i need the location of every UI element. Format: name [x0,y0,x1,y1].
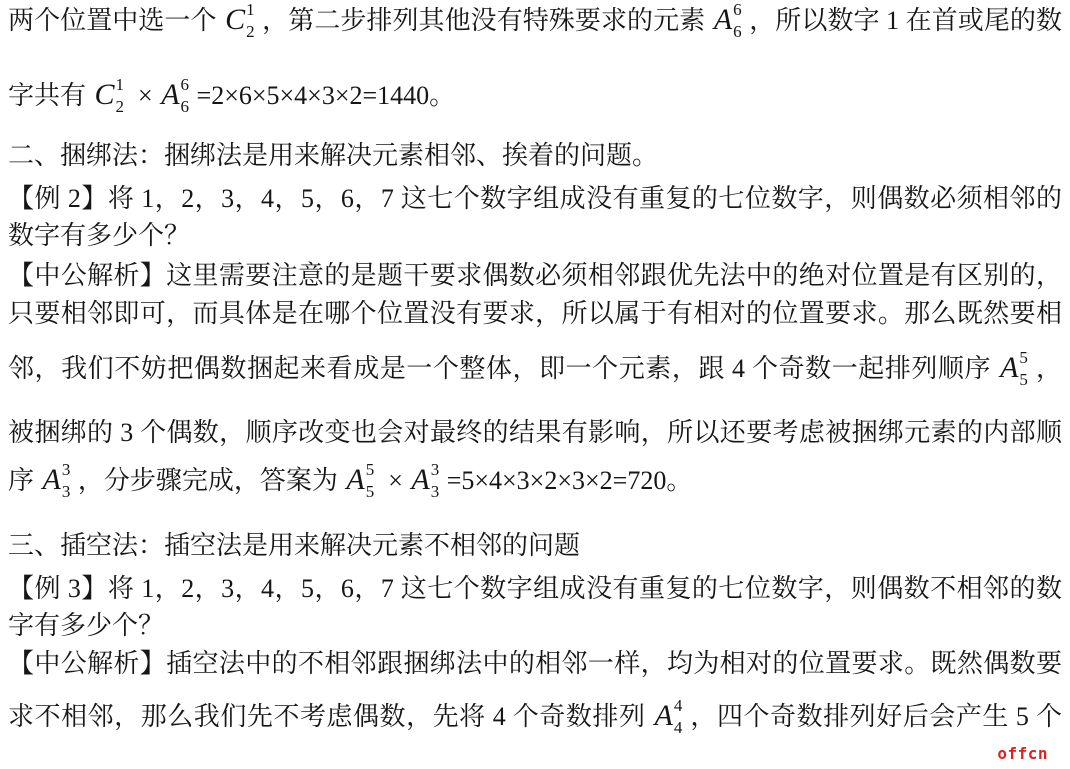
formula-scripts: 55 [365,469,379,495]
formula-letter: A [998,351,1018,384]
formula-letter: C [93,78,115,111]
text-run: ，所以数字 1 在首或尾的数 [749,6,1062,35]
text-line-8: 邻，我们不妨把偶数捆起来看成是一个整体，即一个元素，跟 4 个奇数一起排列顺序 … [8,350,1062,388]
formula-subscript: 3 [62,483,71,500]
math-notation-A3-3: A33 [41,466,78,495]
formula-letter: A [712,3,732,36]
formula-scripts: 33 [61,469,75,495]
text-run: × [382,466,410,495]
text-line-6: 【中公解析】这里需要注意的是题干要求偶数必须相邻跟优先法中的绝对位置是有区别的， [8,257,1062,295]
math-notation-A6-6: A66 [159,81,196,110]
text-run: 字有多少个？ [8,611,164,640]
text-run: 只要相邻即可，而具体是在哪个位置没有要求，所以属于有相对的位置要求。那么既然要相 [8,299,1062,328]
formula-subscript: 4 [674,719,683,736]
formula-superscript: 4 [674,697,683,714]
text-run: ，四个奇数排列好后会产生 5 个 [690,702,1062,731]
formula-superscript: 5 [1019,349,1028,366]
formula-scripts: 66 [180,84,194,110]
formula-superscript: 6 [733,1,742,18]
formula-superscript: 5 [366,461,375,478]
text-run: 三、插空法：插空法是用来解决元素不相邻的问题 [8,531,580,560]
text-line-3: 二、捆绑法：捆绑法是用来解决元素相邻、挨着的问题。 [8,137,1062,175]
formula-letter: A [41,463,61,496]
formula-subscript: 2 [246,23,255,40]
document-page: 两个位置中选一个 C12，第二步排列其他没有特殊要求的元素 A66，所以数字 1… [0,0,1070,769]
text-run: 求不相邻，那么我们先不考虑偶数，先将 4 个奇数排列 [8,702,653,731]
formula-superscript: 3 [62,461,71,478]
text-run: 字共有 [8,81,93,110]
text-run: 邻，我们不妨把偶数捆起来看成是一个整体，即一个元素，跟 4 个奇数一起排列顺序 [8,354,998,383]
text-line-11: 三、插空法：插空法是用来解决元素不相邻的问题 [8,527,1062,565]
text-line-1: 两个位置中选一个 C12，第二步排列其他没有特殊要求的元素 A66，所以数字 1… [8,2,1062,40]
text-line-14: 【中公解析】插空法中的不相邻跟捆绑法中的相邻一样，均为相对的位置要求。既然偶数要 [8,645,1062,683]
text-run: ，分步骤完成，答案为 [78,466,345,495]
formula-letter: A [344,463,364,496]
formula-superscript: 3 [431,461,440,478]
formula-scripts: 66 [732,9,746,35]
formula-subscript: 5 [1019,371,1028,388]
formula-subscript: 3 [431,483,440,500]
text-run: 序 [8,466,41,495]
text-line-2: 字共有 C12 × A66=2×6×5×4×3×2=1440。 [8,77,1062,115]
text-line-4: 【例 2】将 1，2，3，4，5，6，7 这七个数字组成没有重复的七位数字，则偶… [8,180,1062,218]
formula-scripts: 44 [673,705,687,731]
text-line-13: 字有多少个？ [8,607,1062,645]
text-run: =2×6×5×4×3×2=1440。 [197,81,456,110]
math-notation-A5-5: A55 [998,354,1035,383]
text-run: 【例 3】将 1，2，3，4，5，6，7 这七个数字组成没有重复的七位数字，则偶… [8,574,1062,603]
text-run: =5×4×3×2×3×2=720。 [447,466,693,495]
text-line-12: 【例 3】将 1，2，3，4，5，6，7 这七个数字组成没有重复的七位数字，则偶… [8,570,1062,608]
text-run: 数字有多少个？ [8,221,190,250]
formula-subscript: 6 [181,98,190,115]
text-run: ， [1035,354,1062,383]
formula-letter: A [653,699,673,732]
text-run: × [132,81,160,110]
text-line-10: 序 A33，分步骤完成，答案为 A55 × A33=5×4×3×2×3×2=72… [8,462,1062,500]
formula-subscript: 5 [366,483,375,500]
text-run: 被捆绑的 3 个偶数，顺序改变也会对最终的结果有影响，所以还要考虑被捆绑元素的内… [8,418,1062,447]
formula-scripts: 55 [1018,357,1032,383]
text-run: 两个位置中选一个 [8,6,223,35]
math-notation-C2-1: C12 [93,81,132,110]
text-run: 【中公解析】插空法中的不相邻跟捆绑法中的相邻一样，均为相对的位置要求。既然偶数要 [8,649,1062,678]
text-line-7: 只要相邻即可，而具体是在哪个位置没有要求，所以属于有相对的位置要求。那么既然要相 [8,295,1062,333]
formula-letter: C [223,3,245,36]
math-notation-A4-4: A44 [653,702,690,731]
math-notation-A5-5: A55 [344,466,381,495]
formula-letter: A [409,463,429,496]
text-run: 【中公解析】这里需要注意的是题干要求偶数必须相邻跟优先法中的绝对位置是有区别的， [8,261,1062,290]
formula-subscript: 6 [733,23,742,40]
text-line-15: 求不相邻，那么我们先不考虑偶数，先将 4 个奇数排列 A44，四个奇数排列好后会… [8,698,1062,736]
formula-scripts: 12 [245,9,259,35]
formula-superscript: 1 [116,76,125,93]
text-run: 【例 2】将 1，2，3，4，5，6，7 这七个数字组成没有重复的七位数字，则偶… [8,184,1062,213]
formula-superscript: 6 [181,76,190,93]
text-line-9: 被捆绑的 3 个偶数，顺序改变也会对最终的结果有影响，所以还要考虑被捆绑元素的内… [8,414,1062,452]
formula-subscript: 2 [116,98,125,115]
formula-scripts: 12 [115,84,129,110]
formula-letter: A [159,78,179,111]
text-line-5: 数字有多少个？ [8,217,1062,255]
math-notation-A3-3: A33 [409,466,446,495]
math-notation-C2-1: C12 [223,6,262,35]
text-run: 二、捆绑法：捆绑法是用来解决元素相邻、挨着的问题。 [8,141,658,170]
formula-superscript: 1 [246,1,255,18]
text-run: ，第二步排列其他没有特殊要求的元素 [262,6,712,35]
offcn-logo: offcn [997,746,1048,762]
formula-scripts: 33 [430,469,444,495]
math-notation-A6-6: A66 [712,6,749,35]
